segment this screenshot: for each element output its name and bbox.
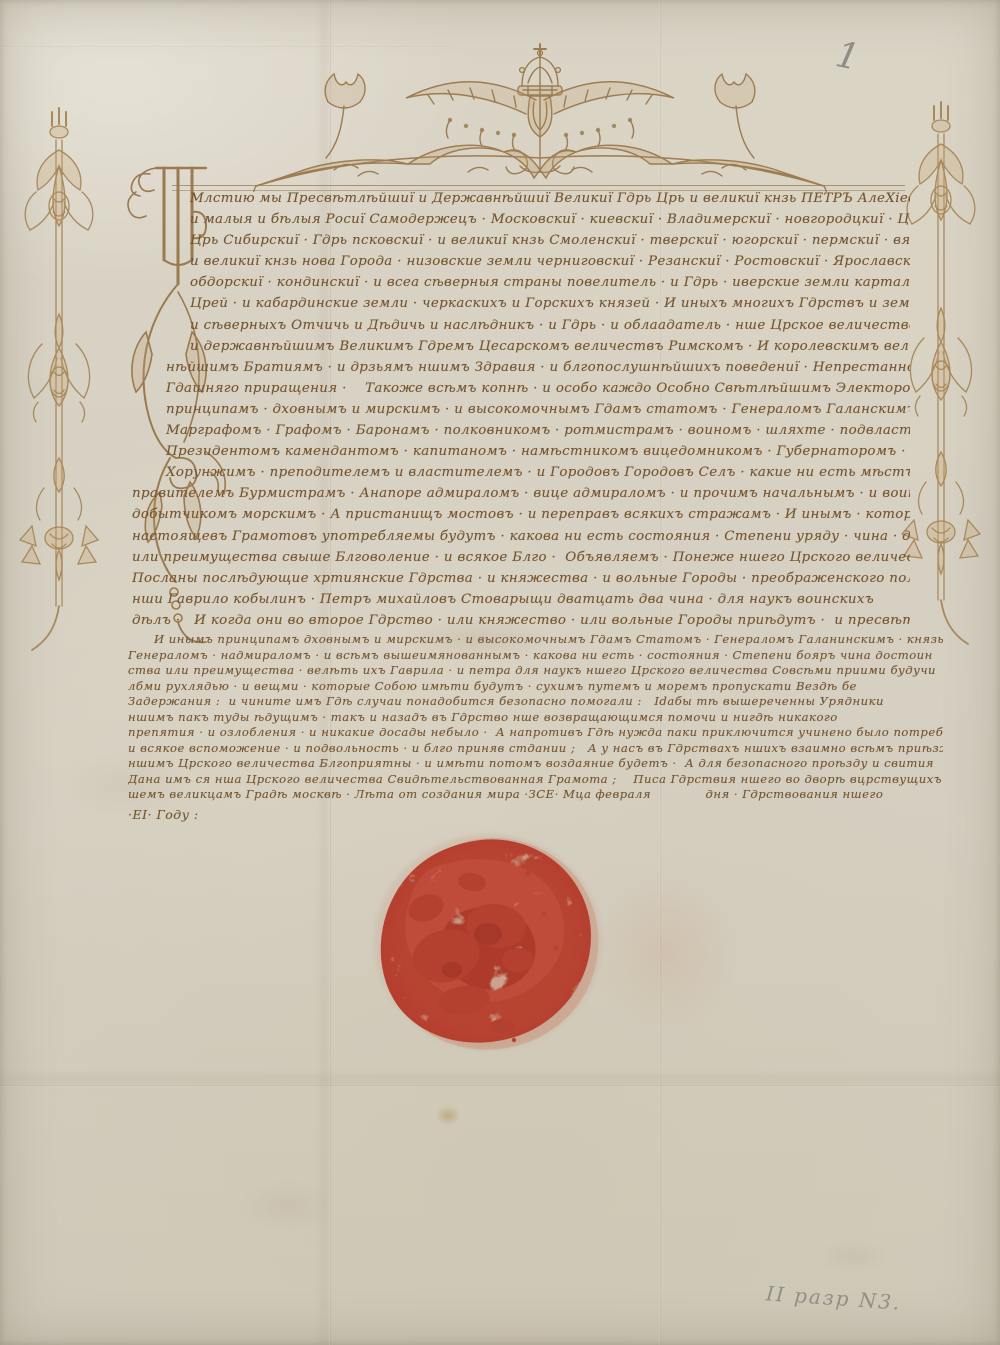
manuscript-line: настоящевъ Грамотовъ употребляемы будутъ… (132, 526, 910, 547)
manuscript-line: и великиï кнзь нова Города · низовские з… (132, 251, 910, 272)
manuscript-line: принципамъ · дховнымъ и мирскимъ · и выс… (132, 399, 910, 420)
manuscript-line: лбми рухлядью · и вещми · которые Собою … (128, 679, 943, 695)
wax-seal-halo (374, 834, 602, 1050)
parchment-charter-page: Млстию мы Пресвѣтлѣйшиï и Державнѣйшиï В… (0, 0, 1000, 1345)
manuscript-line-date-year: ·ЕI· Году : (128, 807, 943, 823)
manuscript-line: ншимъ Црского величества Блгоприятны · и… (128, 756, 943, 772)
manuscript-line: обдорскиï · кондинскиï · и всеа сѣверныя… (132, 272, 910, 293)
manuscript-line: ншимъ пакъ туды ѣдущимъ · такъ и назадъ … (128, 710, 943, 726)
left-floral-column-ornament (14, 106, 106, 654)
pencil-archive-note: II разр N3. (765, 1281, 902, 1314)
manuscript-line: правителемъ Бурмистрамъ · Анапоре адмира… (132, 483, 910, 504)
manuscript-line: Генераломъ · надмираломъ · и всѣмъ вышеи… (128, 648, 943, 664)
manuscript-line: Дана имъ ся нша Црского величества Свидѣ… (128, 772, 943, 788)
manuscript-line: И инымъ принципамъ дховнымъ и мирскимъ ·… (128, 632, 943, 648)
crown-floral-headpiece-ornament (238, 40, 842, 192)
manuscript-line: и державнѣйшимъ Великимъ Гдремъ Цесарско… (132, 336, 910, 357)
manuscript-line: или преимущества свыше Блговоление · и в… (132, 547, 910, 568)
fold-shadow (0, 1074, 1000, 1084)
manuscript-upper-text-block: Млстию мы Пресвѣтлѣйшиï и Державнѣйшиï В… (132, 188, 910, 631)
faint-stain (238, 1178, 338, 1233)
manuscript-line: нѣйшимъ Братиямъ · и дрзьямъ ншимъ Здрав… (132, 357, 910, 378)
manuscript-line: Марграфомъ · Графомъ · Баронамъ · полков… (132, 420, 910, 441)
manuscript-line: Гдашняго приращения · Такоже всѣмъ копнѣ… (132, 378, 910, 399)
manuscript-line: Млстию мы Пресвѣтлѣйшиï и Державнѣйшиï В… (132, 188, 910, 209)
horizontal-fold-crease (0, 1085, 1000, 1087)
manuscript-line: препятия · и озлобления · и никакие доса… (128, 725, 943, 741)
manuscript-line: и малыя и бѣлыя Росиï Самодержецъ · Моск… (132, 209, 910, 230)
manuscript-line: Црь Сибирскиï · Гдрь псковскиï · и велик… (132, 230, 910, 251)
wax-residue-stain (596, 872, 736, 1032)
manuscript-lower-text-block: И инымъ принципамъ дховнымъ и мирскимъ ·… (128, 632, 943, 822)
manuscript-line: и всякое вспоможение · и подвольность · … (128, 741, 943, 757)
manuscript-line: шемъ великцамъ Градѣ москвѣ · Лѣта от со… (128, 787, 943, 803)
small-brown-stain (436, 1106, 460, 1125)
manuscript-line: добытчикомъ морскимъ · А пристанищъ мост… (132, 504, 910, 525)
faint-stain (818, 1238, 888, 1274)
manuscript-line: дѣлъ · И когда они во второе Гдрство · и… (132, 610, 910, 631)
manuscript-line: Посланы послѣдующие хртиянские Гдрства ·… (132, 568, 910, 589)
manuscript-line: Хорунжимъ · преподителемъ и властителемъ… (132, 462, 910, 483)
manuscript-line: ства или преимущества · велѣть ихъ Гаври… (128, 663, 943, 679)
red-wax-seal (368, 830, 608, 1058)
manuscript-line: Задержания : и чините имъ Гдѣ случаи пон… (128, 694, 943, 710)
manuscript-line: и сѣверныхъ Отчичь и Дѣдичь и наслѣдникъ… (132, 315, 910, 336)
manuscript-line: Црей · и кабардинские земли · черкаскихъ… (132, 293, 910, 314)
manuscript-line: нши Гаврило кобылинъ · Петръ михайловъ С… (132, 589, 910, 610)
manuscript-line: Президентомъ камендантомъ · капитаномъ ·… (132, 441, 910, 462)
